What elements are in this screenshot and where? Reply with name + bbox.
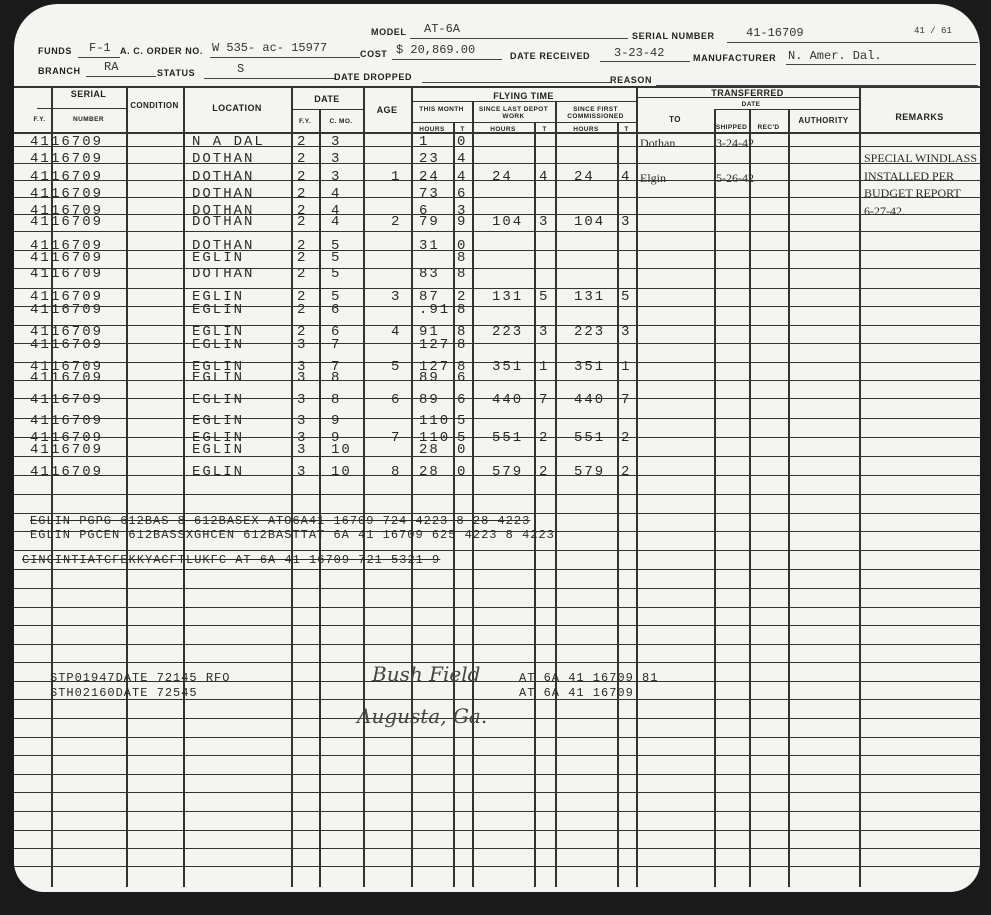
cell-cmo: 10 <box>331 442 352 458</box>
cell-dfy: 3 <box>297 464 307 480</box>
model-value: AT-6A <box>424 22 460 36</box>
cell-cmo: 7 <box>331 337 341 353</box>
cell-fy: 41 <box>30 250 51 266</box>
status-value: S <box>237 62 244 76</box>
cost-value: $ 20,869.00 <box>396 43 475 57</box>
cell-tm-h: .91 <box>419 302 450 318</box>
cell-number: 16709 <box>51 266 103 282</box>
cell-dfy: 3 <box>297 442 307 458</box>
ruled-line <box>14 811 980 812</box>
remark-line: 6-27-42. <box>864 204 905 219</box>
cell-tm-h: 28 <box>419 464 440 480</box>
ruled-line <box>14 607 980 608</box>
cell-to: Elgin <box>640 171 666 186</box>
cell-fy: 41 <box>30 370 51 386</box>
cell-sfc-t: 3 <box>621 324 631 340</box>
branch-value: RA <box>104 60 118 74</box>
cell-location: EGLIN <box>192 392 244 408</box>
cell-shipped: 5-26-42 <box>716 171 754 186</box>
cell-tm-t: 6 <box>457 186 467 202</box>
cell-fy: 41 <box>30 392 51 408</box>
cell-sld-t: 1 <box>539 359 549 375</box>
cell-fy: 41 <box>30 413 51 429</box>
cell-location: DOTHAN <box>192 186 254 202</box>
station-line-tail: AT 6A 41 16709 81 <box>519 671 658 685</box>
ruled-line <box>14 755 980 756</box>
cell-tm-t: 4 <box>457 169 467 185</box>
cell-cmo: 5 <box>331 250 341 266</box>
ruled-line <box>14 250 980 251</box>
col-authority: AUTHORITY <box>788 116 859 126</box>
ruled-line <box>14 830 980 831</box>
cell-tm-t: 6 <box>457 392 467 408</box>
cell-sfc-h: 551 <box>574 430 605 446</box>
cell-tm-h: 83 <box>419 266 440 282</box>
funds-value: F-1 <box>89 41 111 55</box>
date-received-label: DATE RECEIVED <box>510 51 590 61</box>
remark-line: INSTALLED PER <box>864 169 954 184</box>
cell-sfc-h: 579 <box>574 464 605 480</box>
cell-cmo: 4 <box>331 186 341 202</box>
col-sld-hours: HOURS <box>472 126 534 133</box>
cell-cmo: 9 <box>331 413 341 429</box>
cell-sfc-t: 2 <box>621 430 631 446</box>
ruled-line <box>14 569 980 570</box>
branch-label: BRANCH <box>38 66 81 76</box>
col-sfc-t: T <box>617 126 636 133</box>
cell-sfc-h: 131 <box>574 289 605 305</box>
cell-dfy: 3 <box>297 413 307 429</box>
cell-tm-h: 23 <box>419 151 440 167</box>
form-number: AF 59434 C <box>954 891 980 892</box>
manufacturer-label: MANUFACTURER <box>693 53 776 63</box>
aircraft-record-card: MODEL AT-6A SERIAL NUMBER 41-16709 41 / … <box>14 4 980 892</box>
ruled-line <box>14 866 980 867</box>
status-label: STATUS <box>157 68 195 78</box>
cell-age: 8 <box>391 464 401 480</box>
cell-sld-t: 4 <box>539 169 549 185</box>
cell-location: EGLIN <box>192 370 244 386</box>
col-number: NUMBER <box>51 116 126 123</box>
ruled-line <box>14 774 980 775</box>
coded-line: EGLIN PGPG 612BAS 8 612BASEX ATO6A41 167… <box>30 514 530 528</box>
model-label: MODEL <box>371 27 407 37</box>
cell-location: EGLIN <box>192 337 244 353</box>
cell-sfc-t: 3 <box>621 214 631 230</box>
cell-cmo: 6 <box>331 302 341 318</box>
col-since-first-comm: SINCE FIRST COMMISSIONED <box>555 106 636 120</box>
ruled-line <box>14 792 980 793</box>
cell-dfy: 3 <box>297 392 307 408</box>
col-tm-t: T <box>453 126 472 133</box>
date-received-value: 3-23-42 <box>614 46 664 60</box>
cell-sld-t: 3 <box>539 324 549 340</box>
ruled-line <box>14 418 980 419</box>
cell-tm-h: 24 <box>419 169 440 185</box>
cell-fy: 41 <box>30 214 51 230</box>
col-sld-t: T <box>534 126 555 133</box>
cell-sfc-h: 223 <box>574 324 605 340</box>
cell-sld-h: 351 <box>492 359 523 375</box>
cell-sld-h: 551 <box>492 430 523 446</box>
cell-tm-t: 6 <box>457 370 467 386</box>
remark-line: SPECIAL WINDLASS <box>864 151 977 166</box>
station-line: STH02160DATE 72545 <box>50 686 198 700</box>
cell-age: 2 <box>391 214 401 230</box>
ruled-line <box>14 737 980 738</box>
cell-number: 16709 <box>51 151 103 167</box>
ruled-line <box>14 588 980 589</box>
col-serial: SERIAL <box>51 89 126 99</box>
cell-number: 16709 <box>51 134 103 150</box>
ruled-line <box>14 718 980 719</box>
cell-tm-h: 89 <box>419 392 440 408</box>
col-transfer-date: DATE <box>714 101 788 108</box>
handwriting-augusta: Augusta, Ga. <box>357 704 487 728</box>
cell-cmo: 4 <box>331 214 341 230</box>
cell-fy: 41 <box>30 134 51 150</box>
cell-dfy: 2 <box>297 214 307 230</box>
corner-mark: 41 / 61 <box>914 26 952 36</box>
cell-location: DOTHAN <box>192 151 254 167</box>
cell-cmo: 8 <box>331 392 341 408</box>
cell-location: EGLIN <box>192 442 244 458</box>
cell-fy: 41 <box>30 151 51 167</box>
ruled-line <box>14 848 980 849</box>
ruled-line <box>14 456 980 457</box>
cell-location: DOTHAN <box>192 169 254 185</box>
serial-number-label: SERIAL NUMBER <box>632 31 715 41</box>
col-transferred: TRANSFERRED <box>636 88 859 98</box>
cell-sld-t: 7 <box>539 392 549 408</box>
manufacturer-value: N. Amer. Dal. <box>788 49 882 63</box>
col-tm-hours: HOURS <box>411 126 453 133</box>
cost-label: COST <box>360 49 387 59</box>
ruled-line <box>14 662 980 663</box>
cell-tm-h: 1 <box>419 134 429 150</box>
cell-fy: 41 <box>30 464 51 480</box>
cell-number: 16709 <box>51 302 103 318</box>
cell-location: EGLIN <box>192 464 244 480</box>
station-line-tail: AT 6A 41 16709 <box>519 686 634 700</box>
cell-age: 4 <box>391 324 401 340</box>
col-date-cmo: C. MO. <box>319 118 363 125</box>
cell-to: Dothan <box>640 136 675 151</box>
cell-sfc-h: 440 <box>574 392 605 408</box>
coded-line: EGLIN PGCEN 612BASSXGHCEN 612BASTTAT 6A … <box>30 528 555 542</box>
cell-sfc-h: 24 <box>574 169 595 185</box>
remark-line: BUDGET REPORT <box>864 186 961 201</box>
ruled-line <box>14 343 980 344</box>
cell-location: DOTHAN <box>192 266 254 282</box>
col-this-month: THIS MONTH <box>411 106 472 113</box>
cell-location: N A DAL <box>192 134 265 150</box>
col-date-fy: F.Y. <box>291 118 319 125</box>
cell-tm-h: 79 <box>419 214 440 230</box>
cell-sfc-h: 351 <box>574 359 605 375</box>
cell-dfy: 3 <box>297 337 307 353</box>
cell-fy: 41 <box>30 169 51 185</box>
col-to: TO <box>636 116 714 123</box>
ruled-line <box>14 380 980 381</box>
cell-number: 16709 <box>51 370 103 386</box>
cell-tm-h: 28 <box>419 442 440 458</box>
handwriting-bush-field: Bush Field <box>372 662 480 686</box>
cell-cmo: 5 <box>331 266 341 282</box>
cell-tm-h: 89 <box>419 370 440 386</box>
cell-tm-h: 110 <box>419 413 450 429</box>
col-sfc-hours: HOURS <box>555 126 617 133</box>
cell-tm-t: 8 <box>457 266 467 282</box>
cell-sfc-t: 4 <box>621 169 631 185</box>
cell-number: 16709 <box>51 250 103 266</box>
col-shipped: SHIPPED <box>714 124 749 131</box>
cell-tm-h: 73 <box>419 186 440 202</box>
cell-tm-t: 4 <box>457 151 467 167</box>
cell-sld-h: 223 <box>492 324 523 340</box>
cell-cmo: 3 <box>331 151 341 167</box>
cell-location: EGLIN <box>192 413 244 429</box>
cell-sld-t: 2 <box>539 464 549 480</box>
col-age: AGE <box>363 105 411 115</box>
cell-age: 3 <box>391 289 401 305</box>
date-dropped-label: DATE DROPPED <box>334 72 412 82</box>
col-since-last-depot: SINCE LAST DEPOT WORK <box>472 106 555 120</box>
cell-tm-h: 31 <box>419 238 440 254</box>
ruled-line <box>14 306 980 307</box>
cell-location: EGLIN <box>192 250 244 266</box>
station-line: STP01947DATE 72145 RFO <box>50 671 230 685</box>
col-flying-time: FLYING TIME <box>411 91 636 101</box>
cell-cmo: 3 <box>331 169 341 185</box>
col-fy: F.Y. <box>28 116 51 123</box>
cell-tm-t: 9 <box>457 214 467 230</box>
cell-fy: 41 <box>30 337 51 353</box>
cell-tm-t: 0 <box>457 464 467 480</box>
cell-location: EGLIN <box>192 302 244 318</box>
cell-number: 16709 <box>51 337 103 353</box>
ruled-line <box>14 146 980 147</box>
col-recd: REC'D <box>749 124 788 131</box>
cell-shipped: 3-24-42 <box>716 136 754 151</box>
cell-dfy: 2 <box>297 266 307 282</box>
cell-sld-t: 5 <box>539 289 549 305</box>
cell-sld-h: 440 <box>492 392 523 408</box>
cell-dfy: 2 <box>297 250 307 266</box>
cell-sld-t: 3 <box>539 214 549 230</box>
cell-sfc-h: 104 <box>574 214 605 230</box>
cell-dfy: 2 <box>297 302 307 318</box>
ruled-line <box>14 163 980 164</box>
cell-dfy: 3 <box>297 370 307 386</box>
cell-sfc-t: 5 <box>621 289 631 305</box>
cell-cmo: 8 <box>331 370 341 386</box>
cell-number: 16709 <box>51 169 103 185</box>
ruled-line <box>14 494 980 495</box>
col-date: DATE <box>291 94 363 104</box>
cell-fy: 41 <box>30 442 51 458</box>
cell-sld-t: 2 <box>539 430 549 446</box>
cell-fy: 41 <box>30 186 51 202</box>
cell-dfy: 2 <box>297 151 307 167</box>
cell-tm-t: 0 <box>457 442 467 458</box>
col-remarks: REMARKS <box>859 112 980 122</box>
cell-tm-t: 8 <box>457 250 467 266</box>
cell-sfc-t: 1 <box>621 359 631 375</box>
cell-age: 6 <box>391 392 401 408</box>
cell-sld-h: 579 <box>492 464 523 480</box>
cell-sfc-t: 2 <box>621 464 631 480</box>
cell-number: 16709 <box>51 442 103 458</box>
cell-age: 5 <box>391 359 401 375</box>
cell-cmo: 10 <box>331 464 352 480</box>
ruled-line <box>14 625 980 626</box>
ac-order-label: A. C. ORDER NO. <box>120 46 203 56</box>
cell-cmo: 3 <box>331 134 341 150</box>
cell-number: 16709 <box>51 392 103 408</box>
cell-number: 16709 <box>51 214 103 230</box>
serial-number-value: 41-16709 <box>746 26 804 40</box>
funds-label: FUNDS <box>38 46 72 56</box>
cell-tm-t: 0 <box>457 134 467 150</box>
cell-number: 16709 <box>51 186 103 202</box>
ruled-line <box>14 197 980 198</box>
cell-sfc-t: 7 <box>621 392 631 408</box>
cell-number: 16709 <box>51 413 103 429</box>
cell-number: 16709 <box>51 464 103 480</box>
cell-age: 7 <box>391 430 401 446</box>
cell-sld-h: 24 <box>492 169 513 185</box>
cell-dfy: 2 <box>297 134 307 150</box>
cell-tm-t: 5 <box>457 413 467 429</box>
cell-location: DOTHAN <box>192 214 254 230</box>
reason-label: REASON <box>610 75 652 85</box>
cell-tm-t: 8 <box>457 302 467 318</box>
cell-sld-h: 131 <box>492 289 523 305</box>
ruled-line <box>14 231 980 232</box>
col-location: LOCATION <box>183 103 291 113</box>
cell-tm-h: 127 <box>419 337 450 353</box>
cell-dfy: 2 <box>297 169 307 185</box>
ruled-line <box>14 268 980 269</box>
cell-sld-h: 104 <box>492 214 523 230</box>
coded-line: CINCINTIATCFEKKYACFTLUKFC AT 6A 41 16709… <box>22 553 440 567</box>
cell-fy: 41 <box>30 266 51 282</box>
cell-fy: 41 <box>30 302 51 318</box>
cell-age: 1 <box>391 169 401 185</box>
cell-tm-t: 8 <box>457 337 467 353</box>
cell-dfy: 2 <box>297 186 307 202</box>
col-condition: CONDITION <box>126 101 183 111</box>
ac-order-value: W 535- ac- 15977 <box>212 41 327 55</box>
ruled-line <box>14 644 980 645</box>
ruled-line <box>14 550 980 551</box>
